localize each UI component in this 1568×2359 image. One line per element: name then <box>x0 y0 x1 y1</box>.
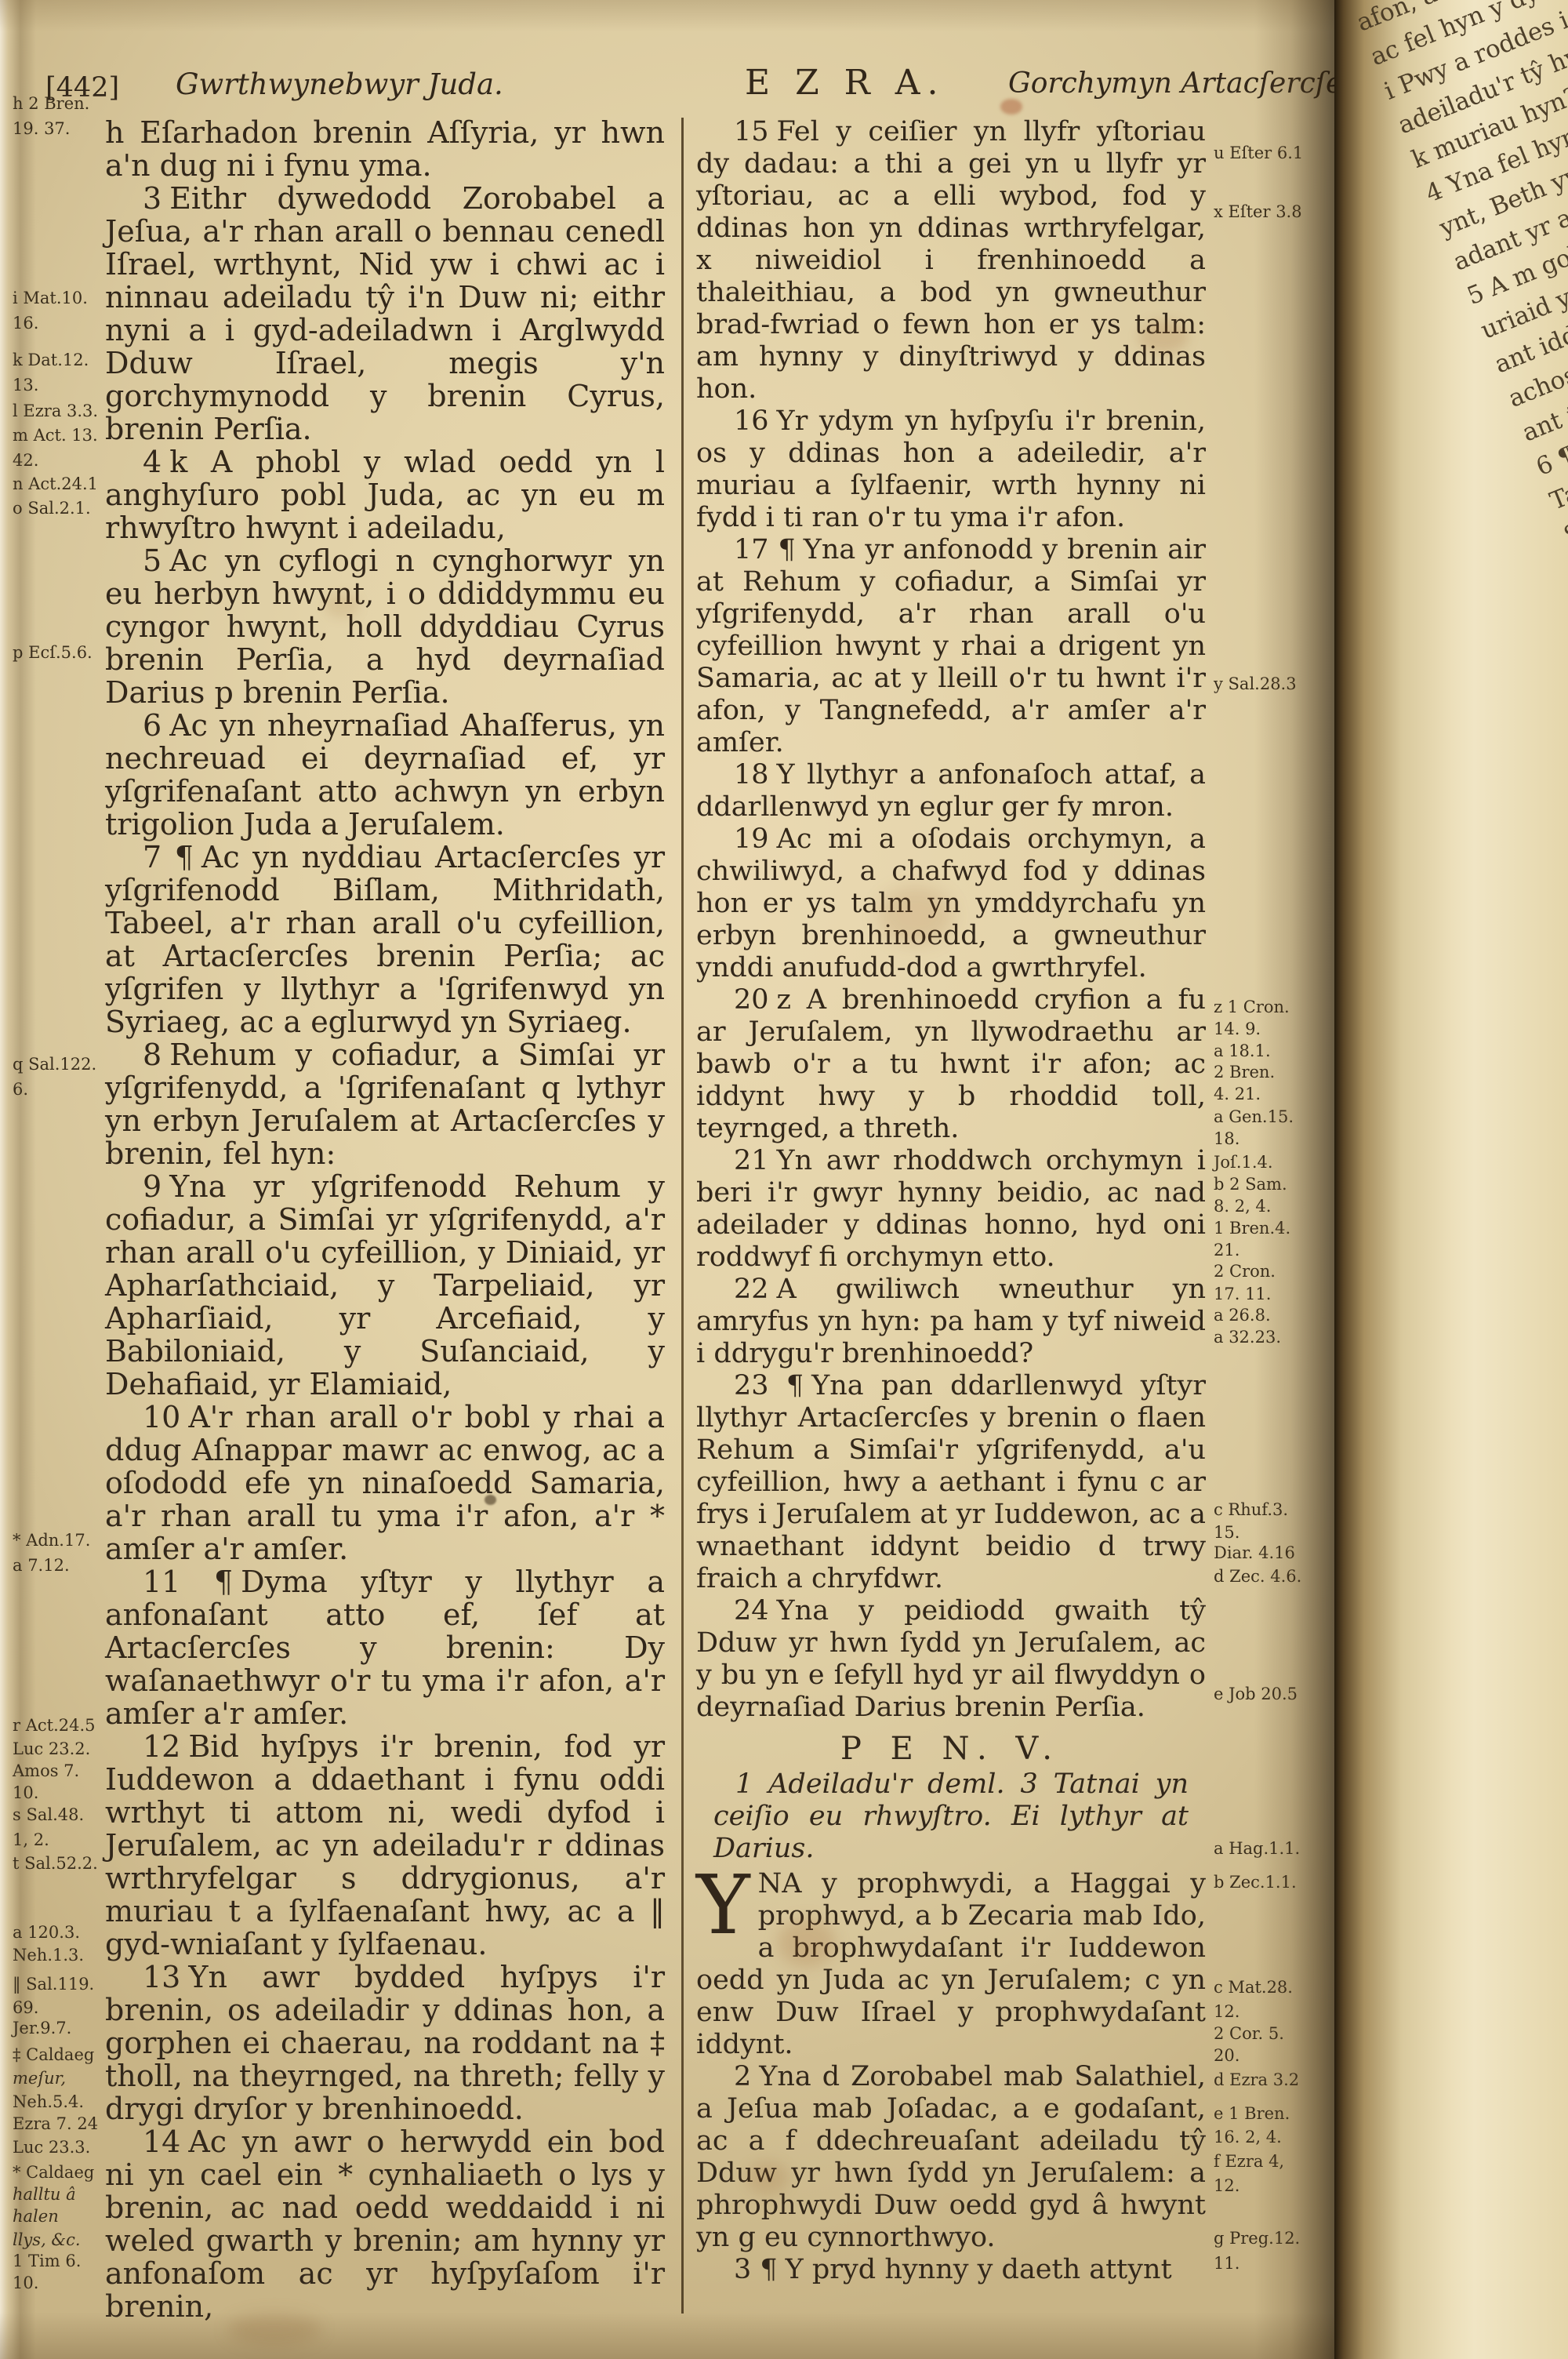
verse-paragraph: 9Yna yr yſgrifenodd Rehum y cofiadur, a … <box>105 1170 665 1401</box>
verse-number: 20 <box>734 984 777 1016</box>
column-rule <box>681 118 684 2314</box>
verse-number: 9 <box>143 1169 169 1204</box>
verse-number: 10 <box>143 1400 188 1434</box>
verse-number: 5 <box>143 543 169 578</box>
verse-paragraph: 5Ac yn cyflogi n cynghorwyr yn eu herbyn… <box>105 544 665 709</box>
verse-text: P E N. V. <box>840 1731 1062 1767</box>
left-column: h Eſarhadon brenin Aſſyria, yr hwn a'n d… <box>105 116 665 2323</box>
verse-paragraph: 7 ¶Ac yn nyddiau Artacſercſes yr yſgrife… <box>105 841 665 1038</box>
verse-paragraph: 6Ac yn nheyrnaſiad Ahaſferus, yn nechreu… <box>105 709 665 841</box>
verse-number: 6 <box>143 708 169 743</box>
verse-text: Fel y ceiſier yn llyfr yſtoriau dy dadau… <box>696 116 1206 405</box>
verse-number: 16 <box>734 405 777 437</box>
verse-number: 24 <box>734 1595 777 1627</box>
verse-text: Rehum y cofiadur, a Simſai yr yſgrifenyd… <box>105 1038 665 1171</box>
verse-number: 19 <box>734 823 777 855</box>
verse-number: 17 ¶ <box>734 534 804 565</box>
verse-paragraph: 11 ¶Dyma yſtyr y llythyr a anfonaſant at… <box>105 1565 665 1730</box>
verse-paragraph: P E N. V. <box>696 1733 1206 1765</box>
verse-paragraph: 1 Adeiladu'r deml. 3 Tatnai yn ceiſio eu… <box>696 1768 1206 1865</box>
stain <box>1000 99 1022 114</box>
verse-text: Bid hyſpys i'r brenin, fod yr Iuddewon a… <box>105 1729 665 1961</box>
verse-number: 14 <box>143 2125 188 2159</box>
verse-paragraph: 19Ac mi a oſodais orchymyn, a chwiliwyd,… <box>696 823 1206 984</box>
verse-paragraph: 3Eithr dywedodd Zorobabel a Jeſua, a'r r… <box>105 182 665 445</box>
verse-paragraph: 16Yr ydym yn hyſpyſu i'r brenin, os y dd… <box>696 405 1206 534</box>
verse-paragraph: 10A'r rhan arall o'r bobl y rhai a ddug … <box>105 1401 665 1565</box>
verse-number: 13 <box>143 1960 188 1994</box>
verse-text: 1 Adeiladu'r deml. 3 Tatnai yn ceiſio eu… <box>713 1768 1189 1864</box>
gutter-shadow <box>1254 0 1336 2359</box>
verse-text: Y pryd hynny y daeth attynt <box>786 2254 1172 2285</box>
verse-number: 7 ¶ <box>143 840 201 874</box>
verse-paragraph: 17 ¶Yna yr anfonodd y brenin air at Rehu… <box>696 534 1206 759</box>
verse-text: k A phobl y wlad oedd yn l anghyſuro pob… <box>105 445 665 545</box>
verse-paragraph: 8Rehum y cofiadur, a Simſai yr yſgrifeny… <box>105 1038 665 1170</box>
scanned-page: [442] Gwrthwynebwyr Juda. E Z R A. Gorch… <box>0 0 1568 2359</box>
verse-number: 4 <box>143 445 169 479</box>
right-column: 15Fel y ceiſier yn llyfr yſtoriau dy dad… <box>696 116 1206 2286</box>
verse-paragraph: 24Yna y peidiodd gwaith tŷ Dduw yr hwn ſ… <box>696 1595 1206 1724</box>
verse-number: 2 <box>734 2061 759 2092</box>
adjacent-page: hwy Tatnai,afon, a Setharboznai, aac fel… <box>1334 0 1568 2359</box>
verse-number: 11 ¶ <box>143 1565 241 1599</box>
verse-paragraph: 22A gwiliwch wneuthur yn amryfus yn hyn:… <box>696 1274 1206 1370</box>
running-title-left: Gwrthwynebwyr Juda. <box>176 67 503 101</box>
verse-text: Yna yr yſgrifenodd Rehum y cofiadur, a S… <box>105 1169 665 1401</box>
verse-number: 18 <box>734 759 777 791</box>
verse-number: 21 <box>734 1145 777 1176</box>
verse-paragraph: 3 ¶Y pryd hynny y daeth attynt <box>696 2254 1206 2286</box>
page-number: [442] <box>45 72 119 104</box>
verse-paragraph: 13Yn awr bydded hyſpys i'r brenin, os ad… <box>105 1961 665 2125</box>
verse-paragraph: h Eſarhadon brenin Aſſyria, yr hwn a'n d… <box>105 116 665 182</box>
verse-number: 8 <box>143 1038 169 1072</box>
paper-edge-left <box>0 0 36 2359</box>
verse-text: Ac yn nheyrnaſiad Ahaſferus, yn nechreua… <box>105 708 665 841</box>
adjacent-page-text: hwy Tatnai,afon, a Setharboznai, aac fel… <box>1338 0 1568 2161</box>
verse-paragraph: 2Yna d Zorobabel mab Salathiel, a Jeſua … <box>696 2061 1206 2254</box>
verse-text: Ac yn cyflogi n cynghorwyr yn eu herbyn … <box>105 543 665 710</box>
verse-text: Yna pan ddarllenwyd yſtyr llythyr Artacſ… <box>696 1370 1206 1594</box>
verse-paragraph: 23 ¶Yna pan ddarllenwyd yſtyr llythyr Ar… <box>696 1370 1206 1595</box>
verse-number: 22 <box>734 1274 777 1305</box>
verse-number: 12 <box>143 1729 188 1764</box>
verse-text: Yn awr bydded hyſpys i'r brenin, os adei… <box>105 1960 665 2126</box>
drop-cap: Y <box>696 1868 758 1939</box>
verse-paragraph: 15Fel y ceiſier yn llyfr yſtoriau dy dad… <box>696 116 1206 405</box>
verse-text: Ac yn awr o herwydd ein bod ni yn cael e… <box>105 2125 665 2324</box>
verse-paragraph: YNA y prophwydi, a Haggai y prophwyd, a … <box>696 1868 1206 2061</box>
verse-text: h Eſarhadon brenin Aſſyria, yr hwn a'n d… <box>105 115 665 183</box>
verse-number: 23 ¶ <box>734 1370 811 1401</box>
verse-text: A'r rhan arall o'r bobl y rhai a ddug Aſ… <box>105 1400 665 1566</box>
verse-number: 3 <box>143 181 169 216</box>
verse-paragraph: 21Yn awr rhoddwch orchymyn i beri i'r gw… <box>696 1145 1206 1274</box>
verse-text: Eithr dywedodd Zorobabel a Jeſua, a'r rh… <box>105 181 665 446</box>
verse-paragraph: 12Bid hyſpys i'r brenin, fod yr Iuddewon… <box>105 1730 665 1961</box>
verse-number: 3 ¶ <box>734 2254 786 2285</box>
verse-paragraph: 20z A brenhinoedd cryfion a fu ar Jeruſa… <box>696 984 1206 1145</box>
verse-paragraph: 4k A phobl y wlad oedd yn l anghyſuro po… <box>105 445 665 544</box>
book-title: E Z R A. <box>745 63 946 103</box>
verse-number: 15 <box>734 116 777 147</box>
verse-text: Yna yr anfonodd y brenin air at Rehum y … <box>696 534 1206 758</box>
verse-text: Yna d Zorobabel mab Salathiel, a Jeſua m… <box>696 2061 1206 2253</box>
verse-paragraph: 18Y llythyr a anfonaſoch attaf, a ddarll… <box>696 759 1206 823</box>
verse-text: NA y prophwydi, a Haggai y prophwyd, a b… <box>696 1868 1206 2060</box>
verse-paragraph: 14Ac yn awr o herwydd ein bod ni yn cael… <box>105 2125 665 2323</box>
